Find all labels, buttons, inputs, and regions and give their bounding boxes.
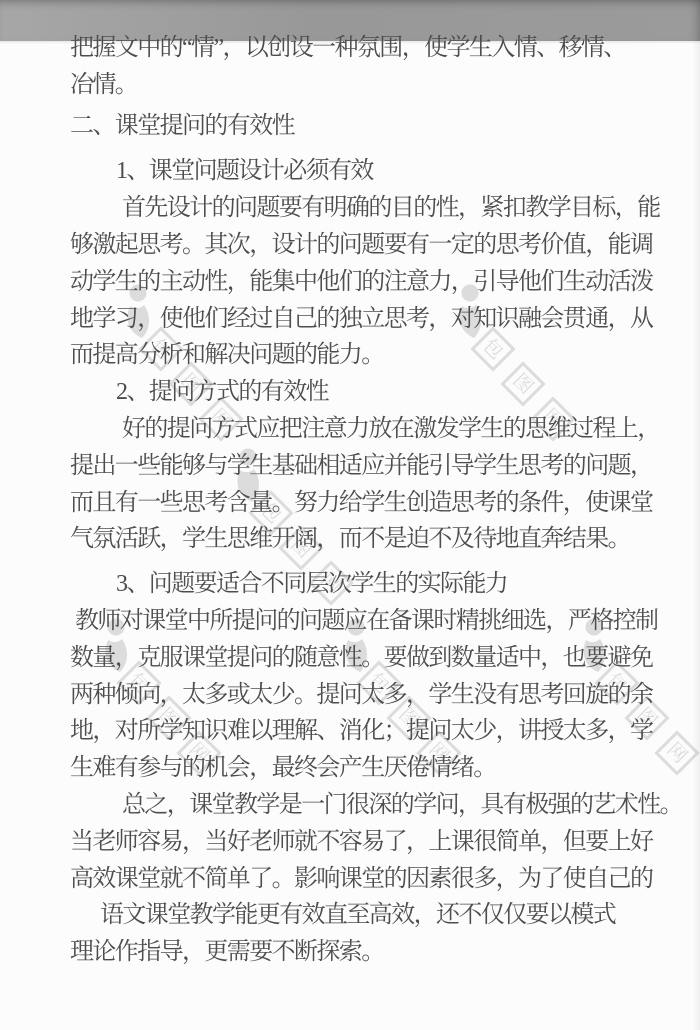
document-page: 包图网包图网包图网包图网包图网包图网 把握文中的“情”，以创设一种氛围，使学生入… bbox=[0, 0, 700, 1030]
document-line: 生难有参与的机会，最终会产生厌倦情绪。 bbox=[70, 750, 660, 787]
document-line: 气氛活跃，学生思维开阔，而不是迫不及待地直奔结果。 bbox=[70, 521, 660, 558]
document-line: 总之，课堂教学是一门很深的学问，具有极强的艺术性。 bbox=[70, 787, 660, 824]
document-body: 把握文中的“情”，以创设一种氛围，使学生入情、移情、冶情。二、课堂提问的有效性1… bbox=[0, 0, 700, 971]
document-line: 首先设计的问题要有明确的目的性，紧扣教学目标，能 bbox=[70, 190, 660, 227]
document-line: 2、提问方式的有效性 bbox=[70, 374, 660, 411]
document-line: 而提高分析和解决问题的能力。 bbox=[70, 337, 660, 374]
page-edge-shade bbox=[692, 41, 700, 1030]
document-line: 教师对课堂中所提问的问题应在备课时精挑细选，严格控制 bbox=[70, 603, 660, 640]
document-line: 提出一些能够与学生基础相适应并能引导学生思考的问题， bbox=[70, 448, 660, 485]
document-line: 动学生的主动性，能集中他们的注意力，引导他们生动活泼 bbox=[70, 264, 660, 301]
document-line: 两种倾向，太多或太少。提问太多，学生没有思考回旋的余 bbox=[70, 677, 660, 714]
document-line: 够激起思考。其次，设计的问题要有一定的思考价值，能调 bbox=[70, 227, 660, 264]
document-line: 二、课堂提问的有效性 bbox=[70, 108, 660, 145]
document-line: 把握文中的“情”，以创设一种氛围，使学生入情、移情、 bbox=[70, 30, 660, 67]
document-line: 地学习，使他们经过自己的独立思考，对知识融会贯通，从 bbox=[70, 301, 660, 338]
document-line: 而且有一些思考含量。努力给学生创造思考的条件，使课堂 bbox=[70, 485, 660, 522]
document-line: 高效课堂就不简单了。影响课堂的因素很多，为了使自己的 bbox=[70, 861, 660, 898]
document-line: 语文课堂教学能更有效直至高效，还不仅仅要以模式 bbox=[70, 897, 660, 934]
document-line: 数量，克服课堂提问的随意性。要做到数量适中，也要避免 bbox=[70, 640, 660, 677]
document-line: 地，对所学知识难以理解、消化；提问太少，讲授太多，学 bbox=[70, 713, 660, 750]
document-line: 好的提问方式应把注意力放在激发学生的思维过程上， bbox=[70, 411, 660, 448]
document-line: 3、问题要适合不同层次学生的实际能力 bbox=[70, 566, 660, 603]
document-line: 冶情。 bbox=[70, 67, 660, 104]
document-line: 1、课堂问题设计必须有效 bbox=[70, 153, 660, 190]
document-line: 理论作指导，更需要不断探索。 bbox=[70, 934, 660, 971]
document-line: 当老师容易，当好老师就不容易了，上课很简单，但要上好 bbox=[70, 824, 660, 861]
